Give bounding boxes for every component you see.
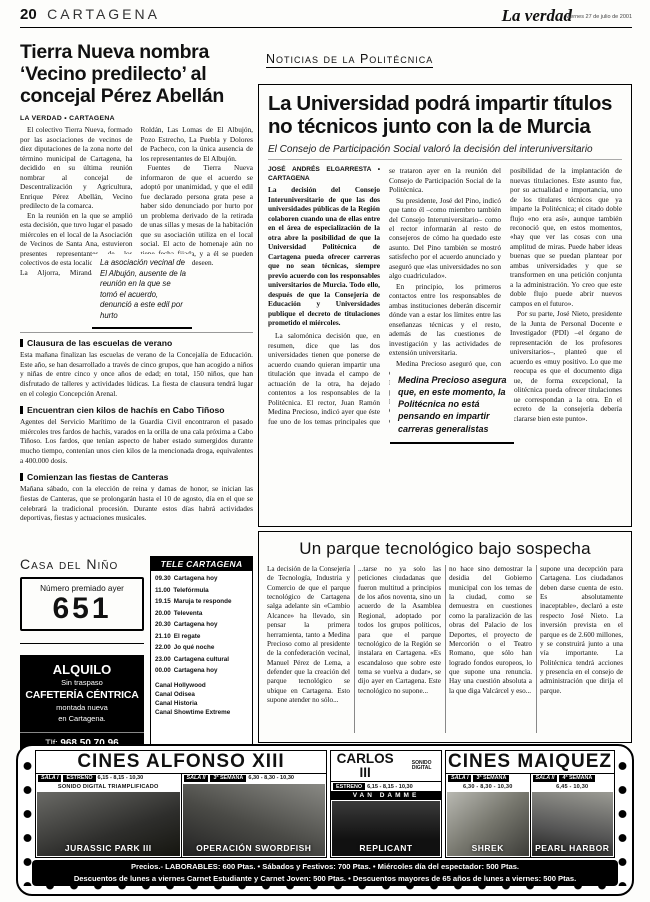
cinema-panel-maiquez: CINES MAIQUEZ SALA I 3ª SEMANA 6,30 - 8,… — [445, 750, 615, 858]
screen-info-bar: SALA II 4ª SEMANA — [531, 774, 615, 783]
lottery-header: Casa del Niño — [20, 556, 144, 572]
tv-time: 09.30 — [155, 575, 171, 582]
screen-badge: ESTRENO — [63, 775, 95, 782]
main-article-lead: La decisión del Consejo Interuniversitar… — [268, 185, 380, 327]
tv-channels: Canal Hollywood Canal Odisea Canal Histo… — [151, 679, 252, 718]
showtimes: 6,30 - 8,30 - 10,30 — [446, 783, 530, 791]
ad-line: montada nueva — [20, 703, 144, 712]
tv-program: Telefórmula — [173, 587, 208, 594]
tv-program: Cartagena cultural — [174, 656, 229, 663]
brief-title-row: Clausura de las escuelas de verano — [20, 338, 253, 348]
screen-badge: 4ª SEMANA — [559, 775, 595, 782]
sub-article-title: Un parque tecnológico bajo sospecha — [267, 539, 623, 559]
left-pull-quote: La asociación vecinal de El Albujón, aus… — [92, 254, 192, 329]
tv-channel: Canal Odisea — [155, 690, 248, 699]
main-article-headline: La Universidad podrá impartir títulos no… — [268, 93, 622, 138]
tv-time: 22.00 — [155, 644, 171, 651]
movie-title: SHREK — [472, 843, 504, 856]
movie-poster: SHREK — [447, 792, 529, 856]
tv-channel: Canal Historia — [155, 699, 248, 708]
edition-date: Viernes 27 de julio de 2001 — [565, 14, 632, 20]
main-article: La Universidad podrá impartir títulos no… — [258, 84, 632, 527]
screen-info-bar: ESTRENO 6,15 - 8,15 - 10,30 — [331, 782, 441, 791]
body-text: La decisión de la Consejería de Tecnolog… — [267, 565, 350, 705]
tv-row: 11.00Telefórmula — [155, 587, 248, 594]
screen: SALA I 3ª SEMANA 6,30 - 8,30 - 10,30 SHR… — [446, 774, 531, 857]
brief-bullet-icon — [20, 473, 23, 481]
section-label: 20 CARTAGENA — [20, 6, 160, 24]
tv-row: 22.00Jo qué noche — [155, 644, 248, 651]
cinema-name-row: CARLOS III SONIDO DIGITAL — [331, 751, 441, 782]
brief-item: Comienzan las fiestas de Canteras Mañana… — [20, 472, 253, 523]
cinema-name: CINES MAIQUEZ — [446, 751, 614, 774]
brief-title: Encuentran cien kilos de hachís en Cabo … — [27, 405, 225, 415]
header-rule — [20, 27, 632, 28]
brief-item: Encuentran cien kilos de hachís en Cabo … — [20, 405, 253, 465]
screen-label: SALA I — [38, 775, 61, 782]
cinema-ad-strip: CINES ALFONSO XIII SALA I ESTRENO 6,15 -… — [16, 744, 634, 896]
ad-title: ALQUILO — [20, 662, 144, 677]
screen-badge: ESTRENO — [333, 783, 365, 790]
movie-poster: OPERACIÓN SWORDFISH — [183, 784, 326, 856]
brief-title: Clausura de las escuelas de verano — [27, 338, 172, 348]
movie-title: PEARL HARBOR — [535, 843, 609, 856]
screen-label: SALA II — [533, 775, 558, 782]
screen-badge: 3ª SEMANA — [473, 775, 509, 782]
tv-program: Cartagena hoy — [174, 575, 218, 582]
body-text: no hace sino demostrar la desidia del Go… — [449, 565, 532, 696]
ad-line: CAFETERÍA CÉNTRICA — [20, 689, 144, 701]
tv-program: Cartagena hoy — [174, 667, 218, 674]
movie-poster: REPLICANT — [332, 801, 440, 856]
tv-row: 21.10El regate — [155, 633, 248, 640]
tv-row: 09.30Cartagena hoy — [155, 575, 248, 582]
movie-title: REPLICANT — [359, 843, 412, 856]
movie-title: OPERACIÓN SWORDFISH — [196, 843, 311, 856]
tv-time: 23.00 — [155, 656, 171, 663]
brief-item: Clausura de las escuelas de verano Esta … — [20, 338, 253, 398]
newspaper-page: 20 CARTAGENA La verdad Viernes 27 de jul… — [0, 0, 650, 902]
screen: SALA I ESTRENO 6,15 - 8,15 - 10,30 SONID… — [36, 774, 182, 857]
page-header: 20 CARTAGENA La verdad Viernes 27 de jul… — [20, 6, 632, 26]
tv-time: 20.30 — [155, 621, 171, 628]
tv-listings-header: TELE CARTAGENA — [151, 557, 252, 571]
tv-row: 20.00Televenta — [155, 610, 248, 617]
movie-poster: JURASSIC PARK III — [37, 792, 180, 856]
tv-channel: Canal Hollywood — [155, 681, 248, 690]
screen-info-bar: SALA I ESTRENO 6,15 - 8,15 - 10,30 — [36, 774, 181, 783]
brief-body: Esta mañana finalizan las escuelas de ve… — [20, 350, 253, 398]
lottery-box: Número premiado ayer 651 — [20, 577, 144, 631]
main-article-subhead: El Consejo de Participación Social valor… — [268, 144, 622, 160]
body-text: supone una decepción para Cartagena. Los… — [540, 565, 623, 696]
cinema-name: CINES ALFONSO XIII — [36, 751, 326, 774]
sub-article-body: La decisión de la Consejería de Tecnolog… — [267, 565, 623, 733]
tv-program: Televenta — [174, 610, 203, 617]
body-text: El colectivo Tierra Nueva, formado por l… — [20, 125, 133, 210]
brief-bullet-icon — [20, 406, 23, 414]
prices-line: Precios.- LABORABLES: 600 Ptas. • Sábado… — [32, 861, 618, 873]
main-pull-quote: Medina Precioso asegura que, en este mom… — [390, 368, 514, 444]
brief-body: Mañana sábado, con la elección de reina … — [20, 484, 253, 523]
brief-body: Agentes del Servicio Marítimo de la Guar… — [20, 417, 253, 465]
tv-listings: TELE CARTAGENA 09.30Cartagena hoy 11.00T… — [150, 556, 253, 769]
body-text: Por su parte, José Nieto, presidente de … — [510, 309, 622, 423]
page-number: 20 — [20, 6, 37, 23]
screen-info-bar: SALA II 3ª SEMANA 6,30 - 8,30 - 10,30 — [182, 774, 327, 783]
cinema-panel-alfonso: CINES ALFONSO XIII SALA I ESTRENO 6,15 -… — [35, 750, 327, 858]
ad-line: en Cartagena. — [20, 714, 144, 723]
screen-badge: 3ª SEMANA — [210, 775, 246, 782]
star-name: VAN DAMME — [331, 791, 441, 800]
cinema-prices-bar: Precios.- LABORABLES: 600 Ptas. • Sábado… — [32, 860, 618, 886]
tv-time: 00.00 — [155, 667, 171, 674]
screen-label: SALA I — [448, 775, 471, 782]
tv-channel: Canal Showtime Extreme — [155, 708, 248, 717]
brief-title: Comienzan las fiestas de Canteras — [27, 472, 168, 482]
body-text: Su presidente, José del Pino, indicó que… — [389, 196, 501, 281]
lottery-number: 651 — [24, 593, 140, 625]
screens-row: SALA I ESTRENO 6,15 - 8,15 - 10,30 SONID… — [36, 774, 326, 857]
tv-row: 19.15Maruja te responde — [155, 598, 248, 605]
tv-time: 21.10 — [155, 633, 171, 640]
showtimes: 6,45 - 10,30 — [531, 783, 615, 791]
lottery-block: Casa del Niño Número premiado ayer 651 — [20, 556, 144, 644]
showtimes: 6,15 - 8,15 - 10,30 — [98, 775, 144, 781]
main-article-body: JOSÉ ANDRÉS ELGARRESTA • CARTAGENA La de… — [268, 166, 622, 526]
tv-row: 00.00Cartagena hoy — [155, 667, 248, 674]
divider-rule — [20, 643, 144, 644]
brief-bullet-icon — [20, 339, 23, 347]
brief-title-row: Encuentran cien kilos de hachís en Cabo … — [20, 405, 253, 415]
tv-time: 20.00 — [155, 610, 171, 617]
showtimes: 6,30 - 8,30 - 10,30 — [248, 775, 294, 781]
brief-title-row: Comienzan las fiestas de Canteras — [20, 472, 253, 482]
left-article: Tierra Nueva nombra ‘Vecino predilecto’ … — [20, 42, 253, 330]
movie-poster: PEARL HARBOR — [532, 792, 614, 856]
sound-tag: SONIDO DIGITAL — [402, 761, 441, 772]
cinema-panel-carlos: CARLOS III SONIDO DIGITAL ESTRENO 6,15 -… — [330, 750, 442, 858]
showtimes: 6,15 - 8,15 - 10,30 — [367, 784, 413, 790]
body-text: En principio, los primeros contactos ent… — [389, 282, 501, 358]
cinema-name: CARLOS III — [331, 752, 399, 780]
left-article-byline: LA VERDAD • CARTAGENA — [20, 115, 253, 122]
screens-row: SALA I 3ª SEMANA 6,30 - 8,30 - 10,30 SHR… — [446, 774, 614, 857]
section-kicker: Noticias de la Politécnica — [266, 52, 433, 68]
cinema-panels: CINES ALFONSO XIII SALA I ESTRENO 6,15 -… — [35, 750, 615, 858]
tv-program: Maruja te responde — [174, 598, 232, 605]
sub-article: Un parque tecnológico bajo sospecha La d… — [258, 531, 632, 743]
tv-listings-rows: 09.30Cartagena hoy 11.00Telefórmula 19.1… — [151, 571, 252, 674]
left-article-headline: Tierra Nueva nombra ‘Vecino predilecto’ … — [20, 42, 253, 107]
tv-row: 20.30Cartagena hoy — [155, 621, 248, 628]
screen: SALA II 3ª SEMANA 6,30 - 8,30 - 10,30 OP… — [182, 774, 327, 857]
screen-info-bar: SALA I 3ª SEMANA — [446, 774, 530, 783]
masthead-logo: La verdad — [502, 6, 572, 26]
main-article-byline: JOSÉ ANDRÉS ELGARRESTA • CARTAGENA — [268, 166, 380, 183]
news-briefs: Clausura de las escuelas de verano Esta … — [20, 332, 253, 530]
ad-line: Sin traspaso — [20, 678, 144, 687]
body-text: ...tarse no ya solo las peticiones ciuda… — [358, 565, 441, 696]
tv-program: Jo qué noche — [174, 644, 215, 651]
tv-program: Cartagena hoy — [174, 621, 218, 628]
tv-row: 23.00Cartagena cultural — [155, 656, 248, 663]
movie-title: JURASSIC PARK III — [65, 843, 152, 856]
screen-label: SALA II — [184, 775, 209, 782]
screen: SALA II 4ª SEMANA 6,45 - 10,30 PEARL HAR… — [531, 774, 615, 857]
tv-time: 19.15 — [155, 598, 171, 605]
tv-time: 11.00 — [155, 587, 170, 594]
section-name: CARTAGENA — [47, 6, 160, 22]
prices-line: Descuentos de lunes a viernes Carnet Est… — [32, 873, 618, 885]
sound-note: SONIDO DIGITAL TRIAMPLIFICADO — [36, 783, 181, 791]
tv-program: El regate — [174, 633, 201, 640]
body-text: Fuentes de Tierra Nueva informaron de qu… — [141, 163, 254, 267]
